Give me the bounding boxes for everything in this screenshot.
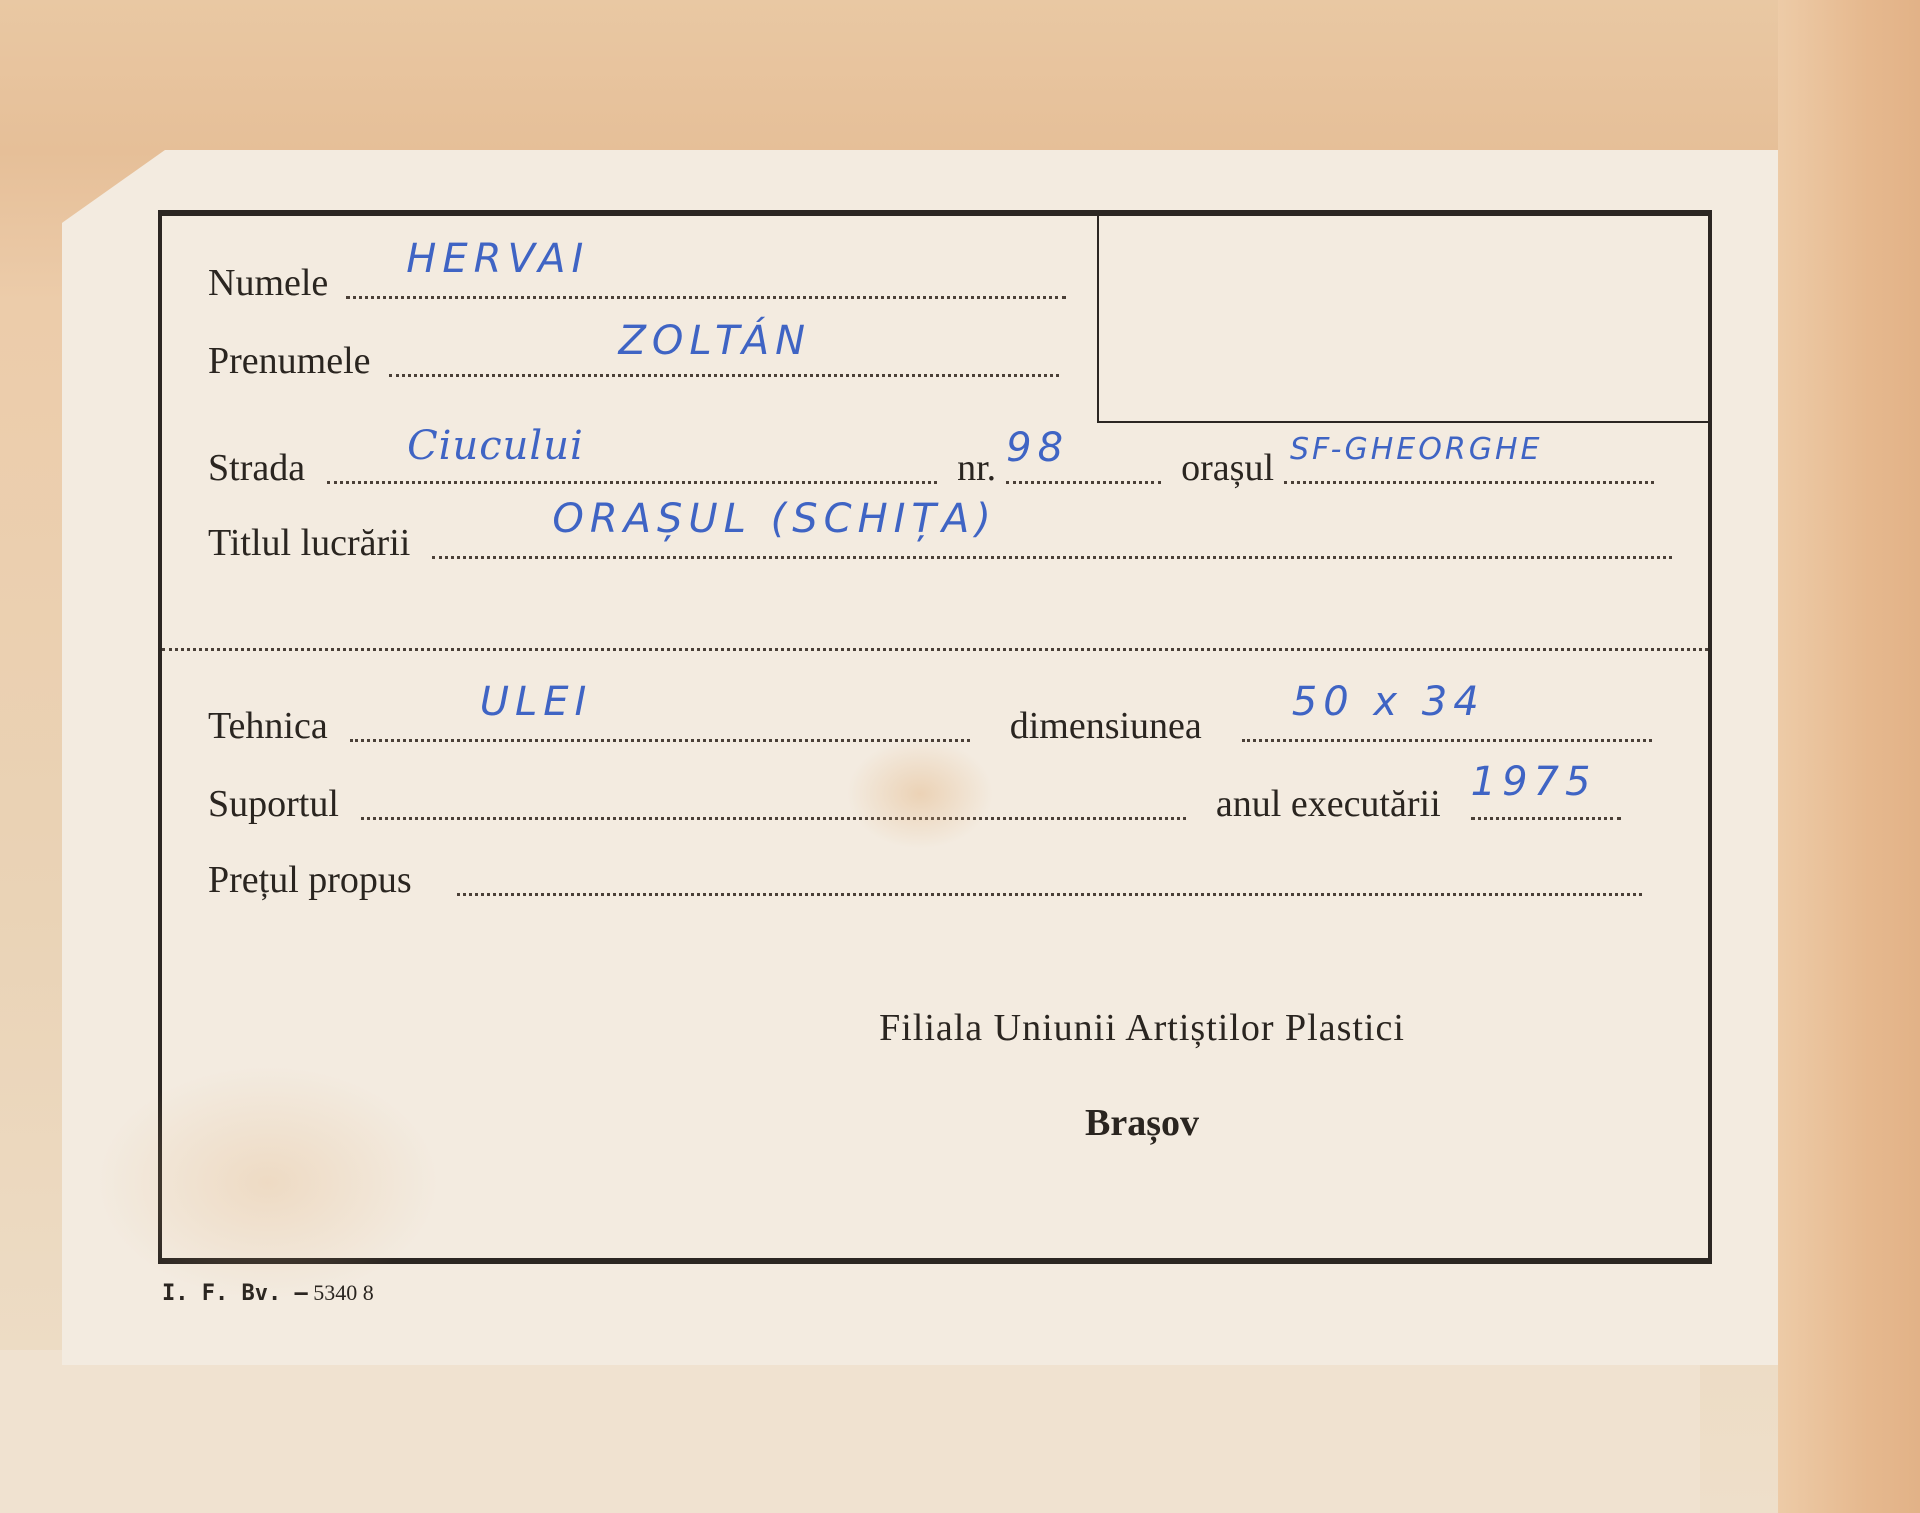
prenumele-line: ZOLTÁN: [389, 373, 1059, 377]
dimensiunea-line: 50 x 34: [1242, 738, 1652, 742]
pretul-line: [457, 892, 1642, 896]
backing-sheet: [0, 1350, 1700, 1513]
orasul-line: SF-GHEORGHE: [1284, 480, 1654, 484]
stamp-box: [1097, 216, 1710, 423]
nr-label: nr.: [957, 446, 996, 490]
tehnica-line: ULEI: [350, 738, 970, 742]
orasul-value: SF-GHEORGHE: [1290, 432, 1542, 467]
titlul-value: ORAȘUL (SCHIȚA): [552, 496, 997, 542]
prenumele-label: Prenumele: [208, 339, 371, 383]
nr-line: 98: [1006, 480, 1161, 484]
tehnica-label: Tehnica: [208, 704, 328, 748]
dimensiunea-label: dimensiunea: [1010, 704, 1202, 748]
field-pretul: Prețul propus: [208, 858, 1642, 902]
suportul-label: Suportul: [208, 782, 339, 826]
suportul-line: [361, 816, 1186, 820]
tehnica-value: ULEI: [480, 679, 593, 725]
orasul-label: orașul: [1181, 446, 1274, 490]
field-prenumele: Prenumele ZOLTÁN: [208, 339, 1059, 383]
anul-line: 1975: [1471, 816, 1621, 820]
print-code-number: 5340 8: [313, 1280, 374, 1305]
numele-value: HERVAI: [406, 236, 589, 282]
kraft-backing-right: [1778, 0, 1920, 1513]
field-numele: Numele HERVAI: [208, 261, 1066, 305]
dimensiunea-value: 50 x 34: [1292, 679, 1485, 725]
organization-city: Brașov: [792, 1101, 1492, 1145]
section-divider: [162, 648, 1708, 651]
anul-label: anul executării: [1216, 782, 1441, 826]
strada-value: Ciucului: [407, 423, 584, 469]
strada-label: Strada: [208, 446, 305, 490]
field-titlul: Titlul lucrării ORAȘUL (SCHIȚA): [208, 521, 1672, 565]
titlul-line: ORAȘUL (SCHIȚA): [432, 555, 1672, 559]
print-code-prefix: I. F. Bv. —: [162, 1281, 308, 1306]
field-tehnica: Tehnica ULEI dimensiunea 50 x 34: [208, 704, 1652, 748]
titlul-label: Titlul lucrării: [208, 521, 410, 565]
form-frame: Numele HERVAI Prenumele ZOLTÁN Strada Ci…: [158, 210, 1712, 1264]
organization-name: Filiala Uniunii Artiștilor Plastici: [792, 1006, 1492, 1050]
anul-value: 1975: [1471, 759, 1597, 805]
field-suportul: Suportul anul executării 1975: [208, 782, 1621, 826]
prenumele-value: ZOLTÁN: [619, 318, 812, 364]
numele-label: Numele: [208, 261, 328, 305]
print-code: I. F. Bv. — 5340 8: [162, 1280, 374, 1306]
field-address: Strada Ciucului nr. 98 orașul SF-GHEORGH…: [208, 446, 1654, 490]
nr-value: 98: [1006, 425, 1069, 471]
strada-line: Ciucului: [327, 480, 937, 484]
artwork-label-card: Numele HERVAI Prenumele ZOLTÁN Strada Ci…: [62, 150, 1778, 1365]
pretul-label: Prețul propus: [208, 858, 412, 902]
numele-line: HERVAI: [346, 295, 1066, 299]
